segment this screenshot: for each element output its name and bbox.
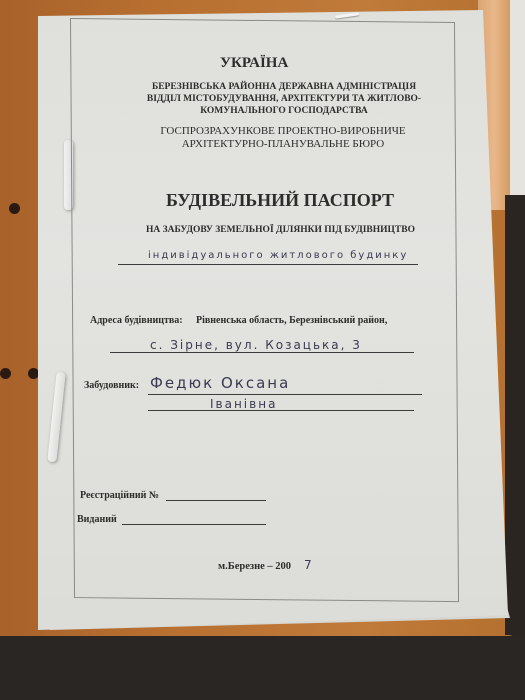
desk-edge xyxy=(505,195,525,635)
punch-hole-icon xyxy=(28,368,39,379)
purpose-underline xyxy=(118,264,418,265)
developer-handwritten-line-1[interactable]: Федюк Оксана xyxy=(150,374,290,392)
country-heading: УКРАЇНА xyxy=(220,55,288,72)
authority-line-2: ВІДДІЛ МІСТОБУДУВАННЯ, АРХІТЕКТУРИ ТА ЖИ… xyxy=(118,94,450,104)
registration-field[interactable] xyxy=(166,500,266,501)
registration-label: Реєстраційний № xyxy=(80,490,159,501)
place-year-handwritten-digit[interactable]: 7 xyxy=(304,558,312,572)
document-title: БУДІВЕЛЬНИЙ ПАСПОРТ xyxy=(130,190,430,211)
bureau-line-1: ГОСПРОЗРАХУНКОВЕ ПРОЕКТНО-ВИРОБНИЧЕ xyxy=(118,125,448,137)
address-printed: Рівненська область, Березнівський район, xyxy=(196,315,387,326)
document-subtitle: НА ЗАБУДОВУ ЗЕМЕЛЬНОЇ ДІЛЯНКИ ПІД БУДІВН… xyxy=(118,225,443,235)
bureau-line-2: АРХІТЕКТУРНО-ПЛАНУВАЛЬНЕ БЮРО xyxy=(118,138,448,150)
authority-line-3: КОМУНАЛЬНОГО ГОСПОДАРСТВА xyxy=(118,106,450,116)
developer-underline-1 xyxy=(148,394,422,395)
address-handwritten[interactable]: с. Зірне, вул. Козацька, 3 xyxy=(150,338,362,352)
developer-underline-2 xyxy=(148,410,414,411)
address-label: Адреса будівництва: xyxy=(90,315,183,326)
purpose-handwritten[interactable]: індивідуального житлового будинку xyxy=(148,250,408,261)
address-underline xyxy=(110,352,414,353)
issued-field[interactable] xyxy=(122,524,266,525)
developer-handwritten-line-2[interactable]: Іванівна xyxy=(210,397,277,411)
developer-label: Забудовник: xyxy=(84,380,139,391)
issued-label: Виданий xyxy=(77,514,117,525)
punch-hole-icon xyxy=(0,368,11,379)
punch-hole-icon xyxy=(9,203,20,214)
authority-line-1: БЕРЕЗНІВСЬКА РАЙОННА ДЕРЖАВНА АДМІНІСТРА… xyxy=(118,82,450,92)
place-year-printed: м.Березне – 200 xyxy=(218,561,291,572)
